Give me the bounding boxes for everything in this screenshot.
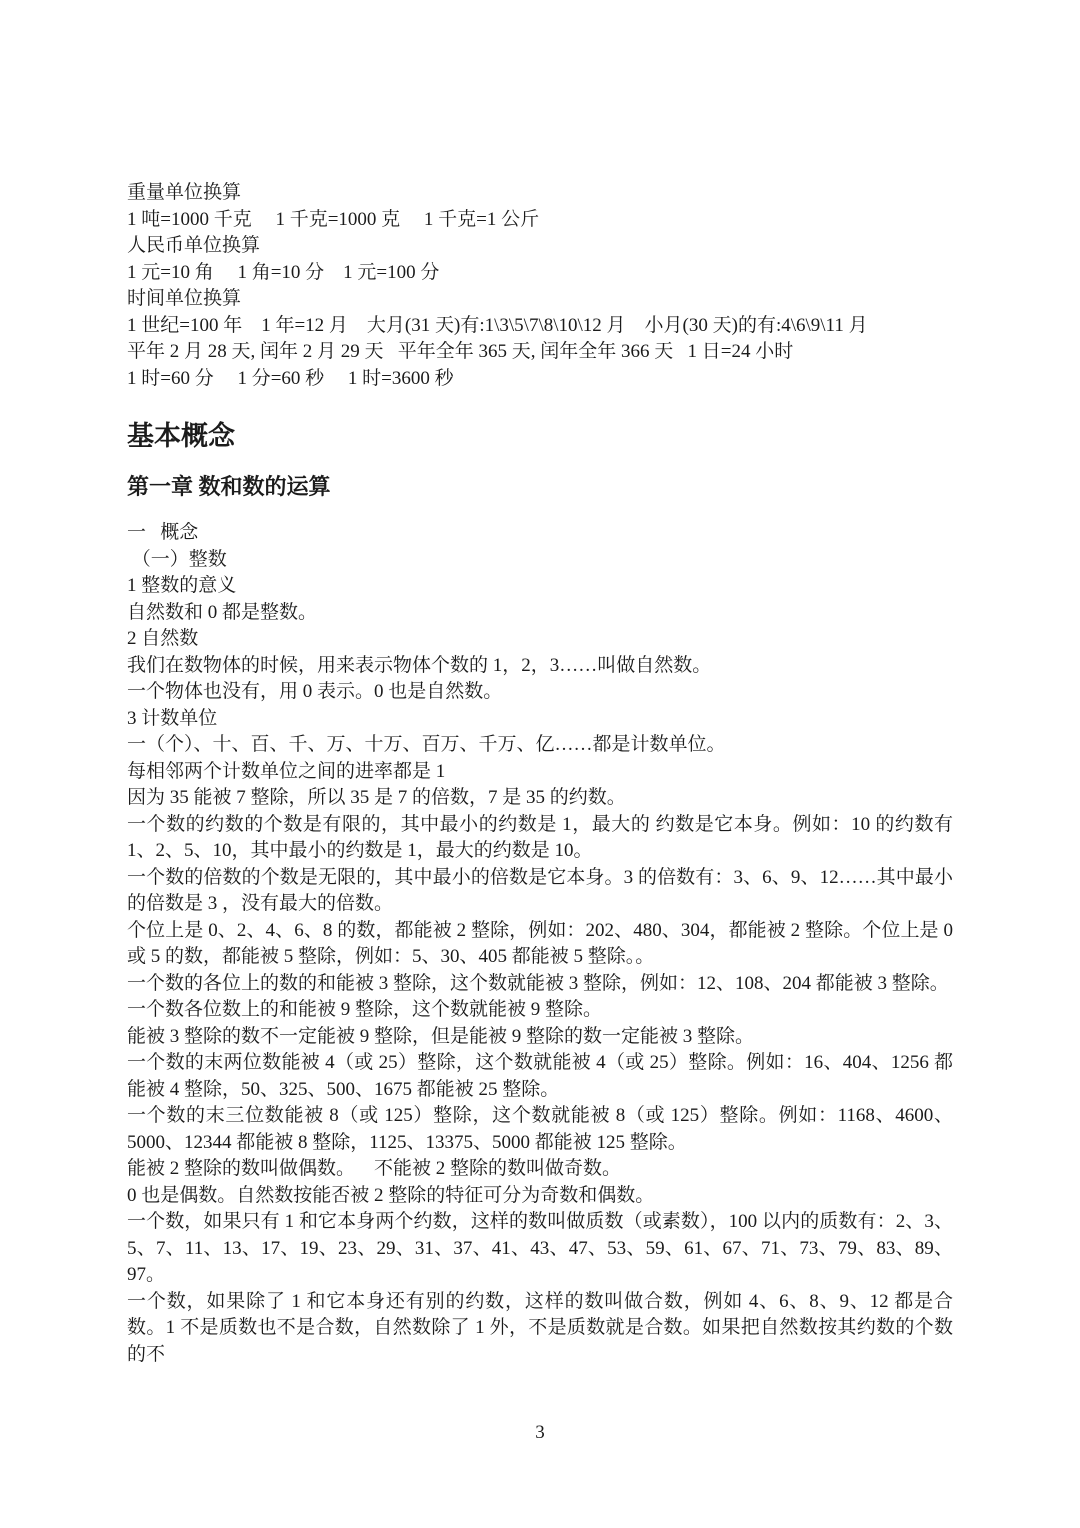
time-conversion-line: 平年 2 月 28 天, 闰年 2 月 29 天 平年全年 365 天, 闰年全… xyxy=(127,339,953,366)
paragraph: 一个数，如果只有 1 和它本身两个约数，这样的数叫做质数（或素数），100 以内… xyxy=(127,1209,953,1289)
text-line: 我们在数物体的时候，用来表示物体个数的 1，2，3……叫做自然数。 xyxy=(127,653,953,680)
page-number: 3 xyxy=(0,1420,1080,1447)
text-line: （一）整数 xyxy=(127,547,953,574)
weight-conversion-line: 1 吨=1000 千克 1 千克=1000 克 1 千克=1 公斤 xyxy=(127,207,953,234)
text-line: 每相邻两个计数单位之间的进率都是 1 xyxy=(127,759,953,786)
time-conversion-title: 时间单位换算 xyxy=(127,286,953,313)
document-page: 重量单位换算 1 吨=1000 千克 1 千克=1000 克 1 千克=1 公斤… xyxy=(0,0,1080,1528)
text-line: 一个数各位数上的和能被 9 整除，这个数就能被 9 整除。 xyxy=(127,997,953,1024)
time-conversion-line: 1 世纪=100 年 1 年=12 月 大月(31 天)有:1\3\5\7\8\… xyxy=(127,313,953,340)
weight-conversion-title: 重量单位换算 xyxy=(127,180,953,207)
text-line: 能被 2 整除的数叫做偶数。 不能被 2 整除的数叫做奇数。 xyxy=(127,1156,953,1183)
currency-conversion-title: 人民币单位换算 xyxy=(127,233,953,260)
text-line: 一（个）、十、百、千、万、十万、百万、千万、亿……都是计数单位。 xyxy=(127,732,953,759)
paragraph: 一个数的倍数的个数是无限的，其中最小的倍数是它本身。3 的倍数有：3、6、9、1… xyxy=(127,865,953,918)
text-line: 0 也是偶数。自然数按能否被 2 整除的特征可分为奇数和偶数。 xyxy=(127,1183,953,1210)
text-line: 自然数和 0 都是整数。 xyxy=(127,600,953,627)
currency-conversion-line: 1 元=10 角 1 角=10 分 1 元=100 分 xyxy=(127,260,953,287)
text-line: 3 计数单位 xyxy=(127,706,953,733)
paragraph: 一个数的各位上的数的和能被 3 整除，这个数就能被 3 整除，例如：12、108… xyxy=(127,971,953,998)
paragraph: 个位上是 0、2、4、6、8 的数，都能被 2 整除，例如：202、480、30… xyxy=(127,918,953,971)
paragraph: 一个数的末三位数能被 8（或 125）整除，这个数就能被 8（或 125）整除。… xyxy=(127,1103,953,1156)
text-line: 1 整数的意义 xyxy=(127,573,953,600)
paragraph: 一个数，如果除了 1 和它本身还有别的约数，这样的数叫做合数，例如 4、6、8、… xyxy=(127,1289,953,1369)
time-conversion-line: 1 时=60 分 1 分=60 秒 1 时=3600 秒 xyxy=(127,366,953,393)
text-line: 一个物体也没有，用 0 表示。0 也是自然数。 xyxy=(127,679,953,706)
paragraph: 一个数的末两位数能被 4（或 25）整除，这个数就能被 4（或 25）整除。例如… xyxy=(127,1050,953,1103)
text-line: 一 概念 xyxy=(127,520,953,547)
paragraph: 一个数的约数的个数是有限的，其中最小的约数是 1，最大的 约数是它本身。例如：1… xyxy=(127,812,953,865)
text-line: 因为 35 能被 7 整除，所以 35 是 7 的倍数，7 是 35 的约数。 xyxy=(127,785,953,812)
text-line: 2 自然数 xyxy=(127,626,953,653)
text-line: 能被 3 整除的数不一定能被 9 整除，但是能被 9 整除的数一定能被 3 整除… xyxy=(127,1024,953,1051)
chapter-heading: 第一章 数和数的运算 xyxy=(127,472,953,502)
section-heading: 基本概念 xyxy=(127,419,953,453)
